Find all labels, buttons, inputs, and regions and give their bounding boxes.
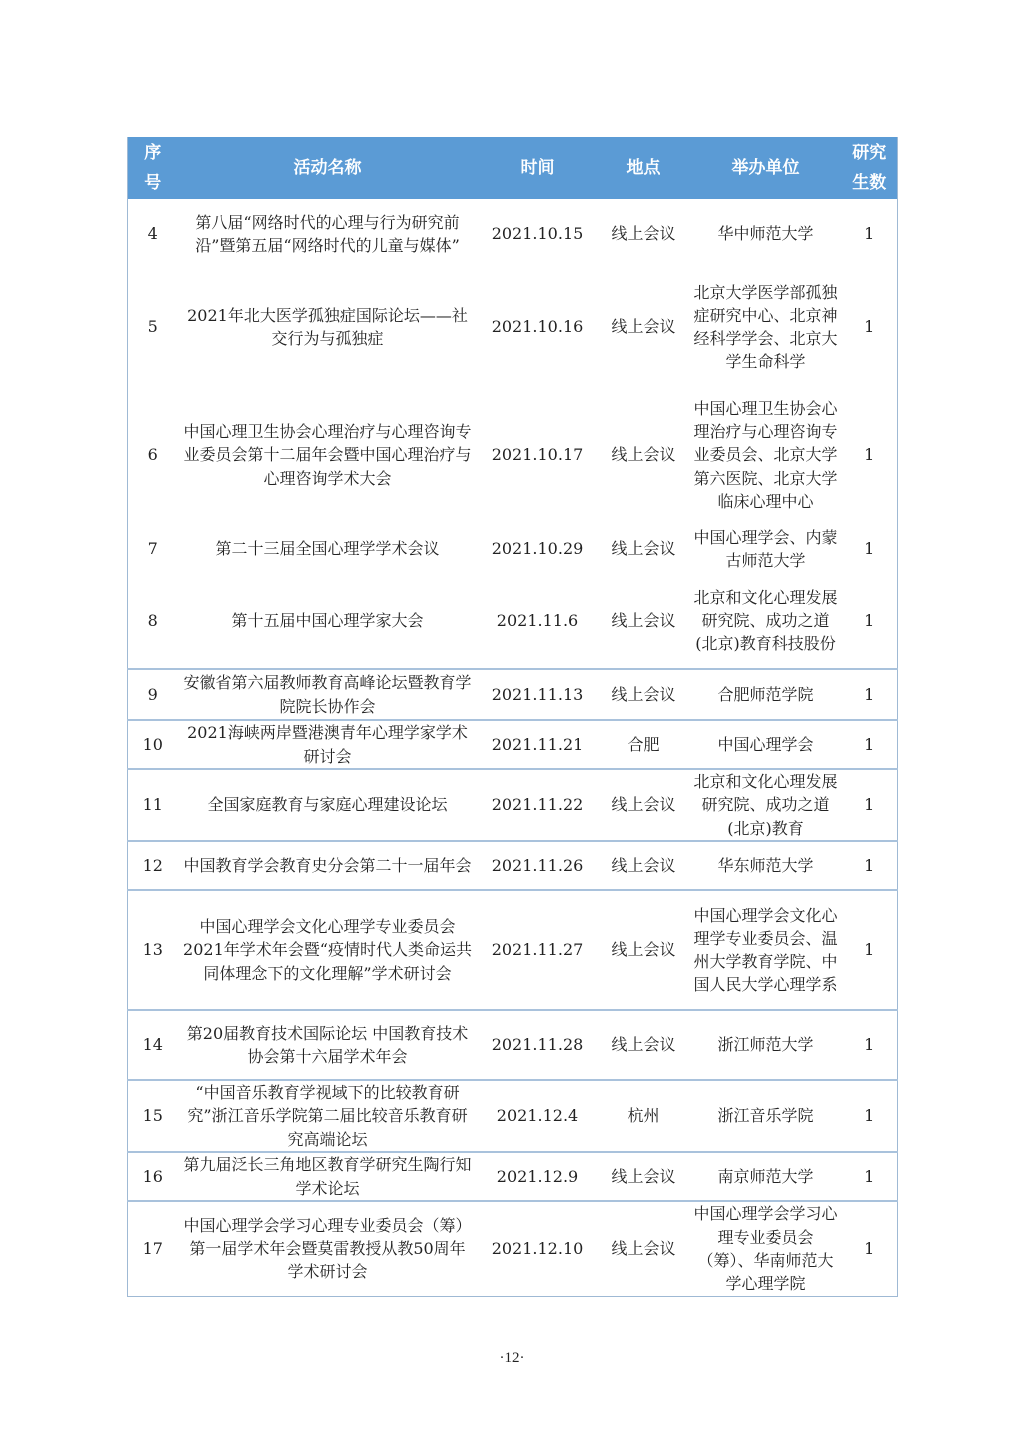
- cell-count: 1: [842, 385, 898, 525]
- cell-date: 2021.11.13: [478, 669, 598, 720]
- table-row: 10 2021海峡两岸暨港澳青年心理学家学术研讨会 2021.11.21 合肥 …: [128, 720, 898, 769]
- cell-name: 安徽省第六届教师教育高峰论坛暨教育学院院长协作会: [178, 669, 478, 720]
- table-row: 13 中国心理学会文化心理学专业委员会2021年学术年会暨“疫情时代人类命运共同…: [128, 890, 898, 1010]
- cell-date: 2021.11.28: [478, 1010, 598, 1080]
- table-row: 9 安徽省第六届教师教育高峰论坛暨教育学院院长协作会 2021.11.13 线上…: [128, 669, 898, 720]
- cell-count: 1: [842, 841, 898, 890]
- cell-place: 线上会议: [598, 269, 690, 385]
- cell-no: 10: [128, 720, 178, 769]
- table-row: 8 第十五届中国心理学家大会 2021.11.6 线上会议 北京和文化心理发展研…: [128, 573, 898, 669]
- cell-count: 1: [842, 1010, 898, 1080]
- cell-count: 1: [842, 720, 898, 769]
- cell-name: 第20届教育技术国际论坛 中国教育技术协会第十六届学术年会: [178, 1010, 478, 1080]
- cell-no: 14: [128, 1010, 178, 1080]
- cell-place: 线上会议: [598, 890, 690, 1010]
- table-row: 7 第二十三届全国心理学学术会议 2021.10.29 线上会议 中国心理学会、…: [128, 525, 898, 573]
- cell-name: 2021年北大医学孤独症国际论坛——社交行为与孤独症: [178, 269, 478, 385]
- table-row: 17 中国心理学会学习心理专业委员会（筹）第一届学术年会暨莫雷教授从教50周年学…: [128, 1201, 898, 1296]
- cell-organizer: 华中师范大学: [690, 199, 842, 269]
- cell-place: 线上会议: [598, 525, 690, 573]
- header-place: 地点: [598, 137, 690, 199]
- cell-name: 2021海峡两岸暨港澳青年心理学家学术研讨会: [178, 720, 478, 769]
- cell-no: 15: [128, 1080, 178, 1152]
- cell-organizer: 北京大学医学部孤独症研究中心、北京神经科学学会、北京大学生命科学: [690, 269, 842, 385]
- cell-no: 12: [128, 841, 178, 890]
- page-number: ·12·: [0, 1350, 1024, 1367]
- cell-date: 2021.11.22: [478, 769, 598, 841]
- cell-no: 9: [128, 669, 178, 720]
- header-name: 活动名称: [178, 137, 478, 199]
- cell-date: 2021.10.16: [478, 269, 598, 385]
- cell-name: 中国心理卫生协会心理治疗与心理咨询专业委员会第十二届年会暨中国心理治疗与心理咨询…: [178, 385, 478, 525]
- table-header-row: 序号 活动名称 时间 地点 举办单位 研究生数: [128, 137, 898, 199]
- cell-no: 17: [128, 1201, 178, 1296]
- cell-organizer: 中国心理学会学习心理专业委员会（筹）、华南师范大学心理学院: [690, 1201, 842, 1296]
- cell-date: 2021.12.4: [478, 1080, 598, 1152]
- cell-place: 线上会议: [598, 1152, 690, 1201]
- cell-organizer: 南京师范大学: [690, 1152, 842, 1201]
- cell-name: 中国心理学会文化心理学专业委员会2021年学术年会暨“疫情时代人类命运共同体理念…: [178, 890, 478, 1010]
- cell-name: 第二十三届全国心理学学术会议: [178, 525, 478, 573]
- table-row: 15 “中国音乐教育学视域下的比较教育研究”浙江音乐学院第二届比较音乐教育研究高…: [128, 1080, 898, 1152]
- cell-place: 线上会议: [598, 385, 690, 525]
- cell-count: 1: [842, 890, 898, 1010]
- header-date: 时间: [478, 137, 598, 199]
- cell-organizer: 中国心理学会: [690, 720, 842, 769]
- header-no: 序号: [128, 137, 178, 199]
- cell-date: 2021.11.27: [478, 890, 598, 1010]
- cell-no: 11: [128, 769, 178, 841]
- cell-name: 第八届“网络时代的心理与行为研究前沿”暨第五届“网络时代的儿童与媒体”: [178, 199, 478, 269]
- table-row: 4 第八届“网络时代的心理与行为研究前沿”暨第五届“网络时代的儿童与媒体” 20…: [128, 199, 898, 269]
- table-row: 5 2021年北大医学孤独症国际论坛——社交行为与孤独症 2021.10.16 …: [128, 269, 898, 385]
- cell-count: 1: [842, 199, 898, 269]
- cell-no: 6: [128, 385, 178, 525]
- cell-organizer: 北京和文化心理发展研究院、成功之道(北京)教育: [690, 769, 842, 841]
- cell-name: 中国心理学会学习心理专业委员会（筹）第一届学术年会暨莫雷教授从教50周年学术研讨…: [178, 1201, 478, 1296]
- activity-table: 序号 活动名称 时间 地点 举办单位 研究生数 4 第八届“网络时代的心理与行为…: [127, 137, 898, 1297]
- cell-count: 1: [842, 769, 898, 841]
- cell-count: 1: [842, 1152, 898, 1201]
- cell-no: 8: [128, 573, 178, 669]
- cell-organizer: 中国心理卫生协会心理治疗与心理咨询专业委员会、北京大学第六医院、北京大学临床心理…: [690, 385, 842, 525]
- cell-organizer: 浙江音乐学院: [690, 1080, 842, 1152]
- cell-place: 线上会议: [598, 573, 690, 669]
- table-row: 6 中国心理卫生协会心理治疗与心理咨询专业委员会第十二届年会暨中国心理治疗与心理…: [128, 385, 898, 525]
- cell-place: 杭州: [598, 1080, 690, 1152]
- cell-organizer: 合肥师范学院: [690, 669, 842, 720]
- cell-organizer: 中国心理学会、内蒙古师范大学: [690, 525, 842, 573]
- cell-no: 13: [128, 890, 178, 1010]
- cell-organizer: 浙江师范大学: [690, 1010, 842, 1080]
- cell-date: 2021.11.26: [478, 841, 598, 890]
- table-row: 16 第九届泛长三角地区教育学研究生陶行知学术论坛 2021.12.9 线上会议…: [128, 1152, 898, 1201]
- table-row: 11 全国家庭教育与家庭心理建设论坛 2021.11.22 线上会议 北京和文化…: [128, 769, 898, 841]
- cell-date: 2021.10.17: [478, 385, 598, 525]
- table-row: 12 中国教育学会教育史分会第二十一届年会 2021.11.26 线上会议 华东…: [128, 841, 898, 890]
- cell-place: 线上会议: [598, 1201, 690, 1296]
- cell-name: “中国音乐教育学视域下的比较教育研究”浙江音乐学院第二届比较音乐教育研究高端论坛: [178, 1080, 478, 1152]
- cell-no: 4: [128, 199, 178, 269]
- cell-date: 2021.10.29: [478, 525, 598, 573]
- cell-date: 2021.12.10: [478, 1201, 598, 1296]
- cell-count: 1: [842, 573, 898, 669]
- cell-count: 1: [842, 269, 898, 385]
- cell-count: 1: [842, 1201, 898, 1296]
- cell-count: 1: [842, 669, 898, 720]
- table-row: 14 第20届教育技术国际论坛 中国教育技术协会第十六届学术年会 2021.11…: [128, 1010, 898, 1080]
- cell-organizer: 中国心理学会文化心理学专业委员会、温州大学教育学院、中国人民大学心理学系: [690, 890, 842, 1010]
- cell-date: 2021.10.15: [478, 199, 598, 269]
- cell-place: 线上会议: [598, 841, 690, 890]
- cell-place: 合肥: [598, 720, 690, 769]
- header-organizer: 举办单位: [690, 137, 842, 199]
- cell-date: 2021.11.6: [478, 573, 598, 669]
- cell-organizer: 华东师范大学: [690, 841, 842, 890]
- header-count: 研究生数: [842, 137, 898, 199]
- document-page: 序号 活动名称 时间 地点 举办单位 研究生数 4 第八届“网络时代的心理与行为…: [0, 0, 1024, 1448]
- cell-name: 第九届泛长三角地区教育学研究生陶行知学术论坛: [178, 1152, 478, 1201]
- cell-place: 线上会议: [598, 769, 690, 841]
- cell-name: 第十五届中国心理学家大会: [178, 573, 478, 669]
- cell-no: 16: [128, 1152, 178, 1201]
- cell-count: 1: [842, 525, 898, 573]
- cell-date: 2021.11.21: [478, 720, 598, 769]
- cell-date: 2021.12.9: [478, 1152, 598, 1201]
- cell-organizer: 北京和文化心理发展研究院、成功之道(北京)教育科技股份: [690, 573, 842, 669]
- cell-name: 中国教育学会教育史分会第二十一届年会: [178, 841, 478, 890]
- cell-place: 线上会议: [598, 199, 690, 269]
- cell-name: 全国家庭教育与家庭心理建设论坛: [178, 769, 478, 841]
- cell-no: 5: [128, 269, 178, 385]
- cell-place: 线上会议: [598, 1010, 690, 1080]
- cell-place: 线上会议: [598, 669, 690, 720]
- cell-no: 7: [128, 525, 178, 573]
- cell-count: 1: [842, 1080, 898, 1152]
